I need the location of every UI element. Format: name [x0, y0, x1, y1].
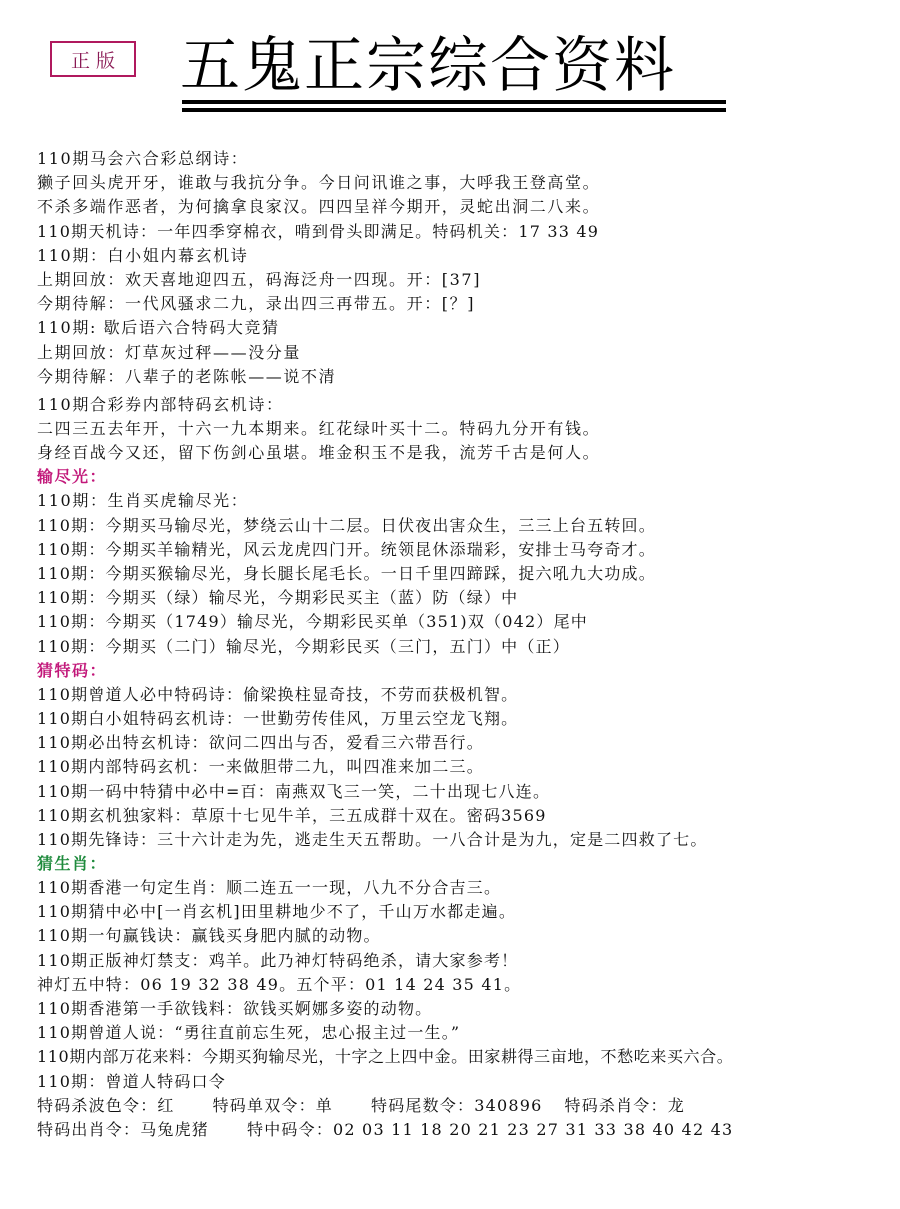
badge-label: 正版	[71, 46, 121, 73]
text-line: 110期：生肖买虎输尽光：	[37, 489, 897, 513]
text-line: 神灯五中特：06 19 32 38 49。五个平：01 14 24 35 41。	[37, 973, 897, 997]
text-line: 110期猜中必中[一肖玄机]田里耕地少不了，千山万水都走遍。	[37, 900, 897, 924]
zodiac-kill-command: 特码杀肖令：龙	[565, 1096, 685, 1115]
text-line: 110期玄机独家料：草原十七见牛羊，三五成群十双在。密码3569	[37, 804, 897, 828]
text-line: 110期内部特码玄机：一来做胆带二九，叫四准来加二三。	[37, 755, 897, 779]
text-line: 不杀多端作恶者，为何擒拿良家汉。四四呈祥今期开，灵蛇出洞二八来。	[37, 195, 897, 219]
text-line: 110期一码中特猜中必中=百：南燕双飞三一笑，二十出现七八连。	[37, 780, 897, 804]
text-line: 上期回放：灯草灰过秤——没分量	[37, 341, 897, 365]
text-line: 身经百战今又还，留下伤剑心虽堪。堆金积玉不是我，流芳千古是何人。	[37, 441, 897, 465]
text-line: 獭子回头虎开牙，谁敢与我抗分争。今日问讯谁之事，大呼我王登高堂。	[37, 171, 897, 195]
text-line: 110期正版神灯禁支：鸡羊。此乃神灯特码绝杀，请大家参考！	[37, 949, 897, 973]
text-line: 110期：今期买羊输精光，风云龙虎四门开。统领昆休添瑞彩，安排士马夸奇才。	[37, 538, 897, 562]
command-row-1: 特码杀波色令：红特码单双令：单特码尾数令：340896特码杀肖令：龙	[37, 1094, 897, 1118]
text-line: 110期先锋诗：三十六计走为先，逃走生天五帮助。一八合计是为九，定是二四救了七。	[37, 828, 897, 852]
document-body: 110期马会六合彩总纲诗： 獭子回头虎开牙，谁敢与我抗分争。今日问讯谁之事，大呼…	[37, 147, 897, 1142]
text-line: 二四三五去年开，十六一九本期来。红花绿叶买十二。特码九分开有钱。	[37, 417, 897, 441]
section-heading-guess-zodiac: 猜生肖：	[37, 852, 897, 876]
text-line: 110期：白小姐内幕玄机诗	[37, 244, 897, 268]
section-heading-lose-all: 输尽光：	[37, 465, 897, 489]
tail-digits-command: 特码尾数令：340896	[371, 1096, 542, 1115]
text-line: 110期：曾道人特码口令	[37, 1070, 897, 1094]
text-line: 110期：今期买猴输尽光，身长腿长尾毛长。一日千里四蹄踩，捉六吼九大功成。	[37, 562, 897, 586]
text-line: 110期：今期买（绿）输尽光，今期彩民买主（蓝）防（绿）中	[37, 586, 897, 610]
command-row-2: 特码出肖令：马兔虎猪特中码令：02 03 11 18 20 21 23 27 3…	[37, 1118, 897, 1142]
text-line: 110期一句赢钱诀：赢钱买身肥内腻的动物。	[37, 924, 897, 948]
text-line: 110期白小姐特码玄机诗：一世勤劳传佳风，万里云空龙飞翔。	[37, 707, 897, 731]
section-guess-zodiac: 猜生肖： 110期香港一句定生肖：顺二连五一一现，八九不分合吉三。 110期猜中…	[37, 852, 897, 1094]
text-line: 110期香港一句定生肖：顺二连五一一现，八九不分合吉三。	[37, 876, 897, 900]
text-line: 110期必出特玄机诗：欲问二四出与否，爱看三六带吾行。	[37, 731, 897, 755]
text-line: 110期曾道人说：“勇往直前忘生死，忠心报主过一生。”	[37, 1021, 897, 1045]
text-line: 今期待解：一代风骚求二九，录出四三再带五。开：[？]	[37, 292, 897, 316]
section-guess-code: 猜特码： 110期曾道人必中特码诗：偷梁换柱显奇技，不劳而获极机智。 110期白…	[37, 659, 897, 852]
text-line: 110期：今期买马输尽光，梦绕云山十二层。日伏夜出害众生，三三上台五转回。	[37, 514, 897, 538]
text-line: 110期: 歇后语六合特码大竞猜	[37, 316, 897, 340]
title-underline-bottom	[182, 108, 726, 112]
text-line: 110期天机诗：一年四季穿棉衣，啃到骨头即满足。特码机关：17 33 49	[37, 220, 897, 244]
block-internal-poem: 110期合彩券内部特码玄机诗： 二四三五去年开，十六一九本期来。红花绿叶买十二。…	[37, 393, 897, 466]
page-title: 五鬼正宗综合资料	[180, 30, 725, 102]
odd-even-command: 特码单双令：单	[213, 1096, 333, 1115]
text-line: 110期马会六合彩总纲诗：	[37, 147, 897, 171]
text-line: 110期：今期买（二门）输尽光，今期彩民买（三门，五门）中（正）	[37, 635, 897, 659]
text-line: 110期内部万花来料：今期买狗输尽光，十字之上四中金。田家耕得三亩地，不愁吃来买…	[37, 1045, 897, 1069]
zodiac-out-command: 特码出肖令：马兔虎猪	[37, 1120, 209, 1139]
text-line: 110期曾道人必中特码诗：偷梁换柱显奇技，不劳而获极机智。	[37, 683, 897, 707]
text-line: 上期回放：欢天喜地迎四五，码海泛舟一四现。开：[37]	[37, 268, 897, 292]
authentic-badge: 正版	[50, 41, 136, 77]
hit-numbers-command: 特中码令：02 03 11 18 20 21 23 27 31 33 38 40…	[247, 1120, 733, 1139]
section-lose-all: 输尽光： 110期：生肖买虎输尽光： 110期：今期买马输尽光，梦绕云山十二层。…	[37, 465, 897, 658]
text-line: 110期：今期买（1749）输尽光，今期彩民买单（351)双（042）尾中	[37, 610, 897, 634]
block-general-poems: 110期马会六合彩总纲诗： 獭子回头虎开牙，谁敢与我抗分争。今日问讯谁之事，大呼…	[37, 147, 897, 389]
command-block: 特码杀波色令：红特码单双令：单特码尾数令：340896特码杀肖令：龙 特码出肖令…	[37, 1094, 897, 1142]
title-underline-top	[182, 100, 726, 104]
section-heading-guess-code: 猜特码：	[37, 659, 897, 683]
text-line: 今期待解：八辈子的老陈帐——说不清	[37, 365, 897, 389]
text-line: 110期香港第一手欲钱料：欲钱买婀娜多姿的动物。	[37, 997, 897, 1021]
text-line: 110期合彩券内部特码玄机诗：	[37, 393, 897, 417]
wave-kill-command: 特码杀波色令：红	[37, 1096, 175, 1115]
